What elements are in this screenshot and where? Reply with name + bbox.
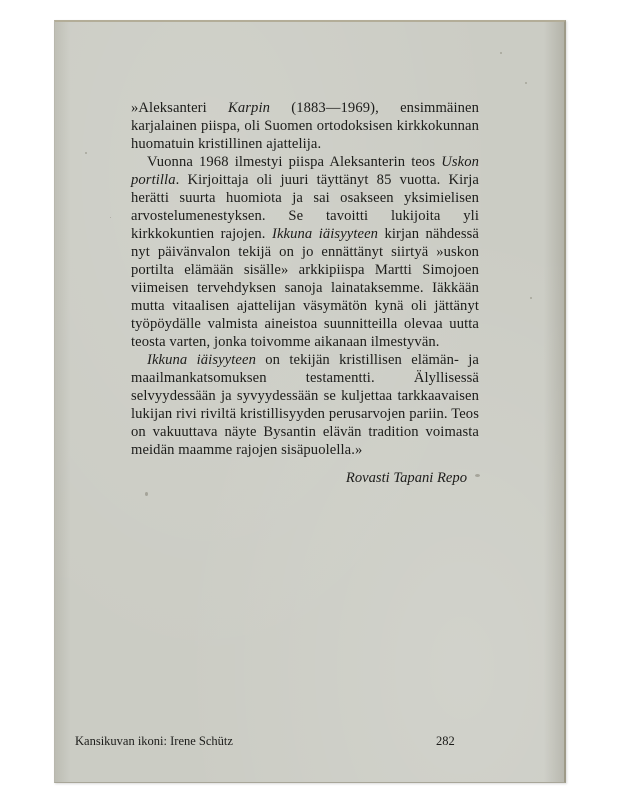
blurb-text: »Aleksanteri Karpin (1883—1969), ensimmä… (131, 99, 479, 459)
paper-speck (85, 152, 87, 154)
paper-speck (110, 217, 111, 218)
signature: Rovasti Tapani Repo (337, 469, 467, 487)
text-span: Vuonna 1968 ilmestyi piispa Aleksanterin… (147, 154, 441, 170)
paper-speck (500, 52, 502, 54)
book-back-cover: »Aleksanteri Karpin (1883—1969), ensimmä… (54, 20, 566, 783)
book-title-italic: Ikkuna iäisyyteen (272, 226, 378, 242)
text-span: »Aleksanteri (131, 100, 228, 116)
paper-speck (475, 474, 480, 477)
blurb-paragraph-2: Vuonna 1968 ilmestyi piispa Aleksanterin… (131, 153, 479, 351)
author-name-italic: Karpin (228, 100, 270, 116)
book-title-italic: Ikkuna iäisyyteen (147, 352, 256, 368)
catalog-number: 282 (436, 733, 455, 749)
text-span: kirjan nähdessä nyt päivänvalon tekijä o… (131, 226, 479, 350)
paper-speck (530, 297, 532, 299)
cover-icon-credit: Kansikuvan ikoni: Irene Schütz (75, 733, 233, 749)
blurb-paragraph-3: Ikkuna iäisyyteen on tekijän kristillise… (131, 351, 479, 459)
paper-speck (525, 82, 527, 84)
blurb-paragraph-1: »Aleksanteri Karpin (1883—1969), ensimmä… (131, 99, 479, 153)
paper-speck (145, 492, 148, 496)
